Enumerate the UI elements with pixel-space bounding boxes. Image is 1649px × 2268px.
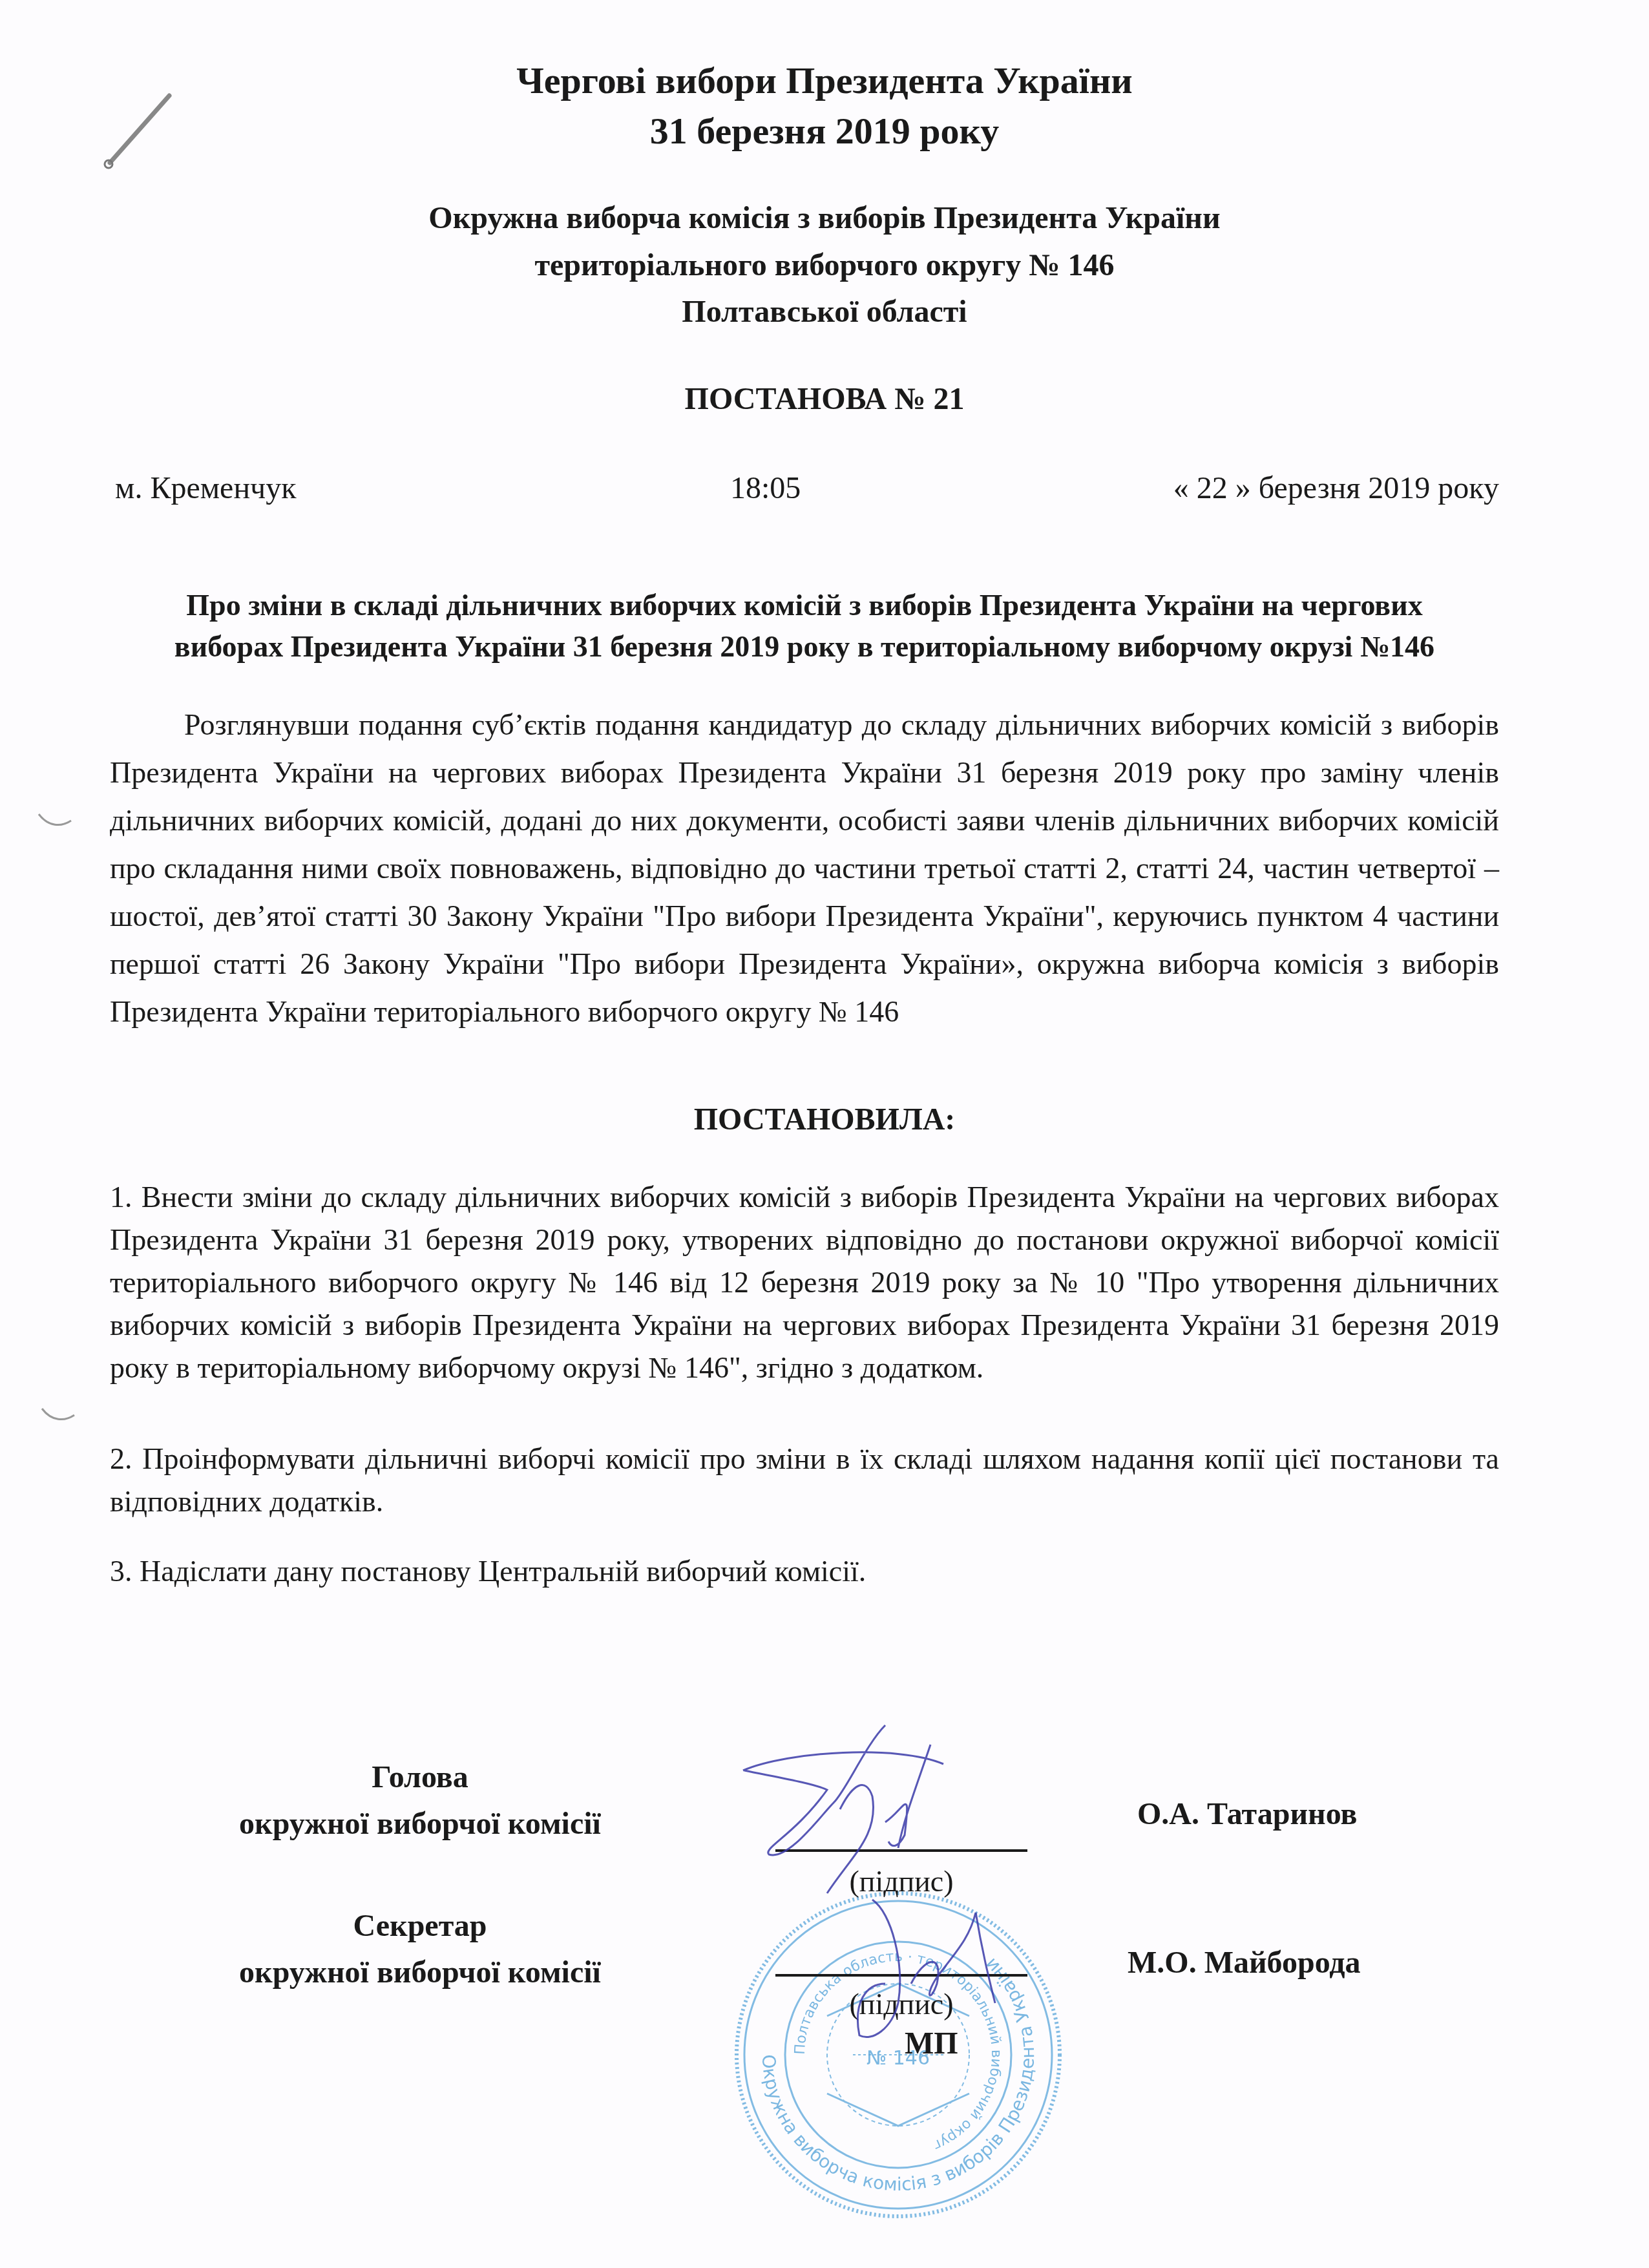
secretary-commission: окружної виборчої комісії [194,1949,646,1996]
decision-item-1: 1. Внести зміни до складу дільничних виб… [110,1176,1499,1389]
chair-title: Голова [194,1754,646,1801]
resolution-place: м. Кременчук [115,470,297,506]
seal-label: МП [905,2026,958,2061]
decision-item-2: 2. Проінформувати дільничні виборчі комі… [110,1438,1499,1523]
decision-item-3: 3. Надіслати дану постанову Центральній … [110,1548,1499,1595]
commission-region: Полтавської області [0,291,1649,333]
resolution-date: « 22 » березня 2019 року [1173,470,1499,506]
subject-line-2: виборах Президента України 31 березня 20… [110,626,1499,667]
commission-name: Окружна виборча комісія з виборів Презид… [0,197,1649,240]
resolution-subject: Про зміни в складі дільничних виборчих к… [110,585,1499,667]
secretary-title: Секретар [194,1903,646,1949]
secretary-role: Секретар окружної виборчої комісії [194,1903,646,1996]
chair-role: Голова окружної виборчої комісії [194,1754,646,1847]
preamble-paragraph: Розглянувши подання суб’єктів подання ка… [110,701,1499,1036]
margin-mark-icon [39,1402,78,1428]
resolution-time: 18:05 [730,470,801,506]
resolution-heading: ПОСТАНОВА № 21 [0,381,1649,417]
margin-mark-icon [36,808,74,834]
subject-line-1: Про зміни в складі дільничних виборчих к… [110,585,1499,626]
secretary-signature-caption: (підпис) [775,1987,1027,2021]
election-title: Чергові вибори Президента України [0,55,1649,107]
chair-signature-line [775,1849,1027,1852]
commission-district: територіального виборчого округу № 146 [0,244,1649,287]
election-date: 31 березня 2019 року [0,105,1649,157]
chair-name: О.А. Татаринов [1137,1796,1357,1832]
secretary-name: М.О. Майборода [1128,1945,1361,1980]
chair-commission: окружної виборчої комісії [194,1801,646,1847]
chair-signature-caption: (підпис) [775,1864,1027,1898]
official-stamp: Окружна виборча комісія з виборів Презид… [730,1887,1066,2223]
decided-heading: ПОСТАНОВИЛА: [0,1102,1649,1137]
secretary-signature-line [775,1974,1027,1977]
